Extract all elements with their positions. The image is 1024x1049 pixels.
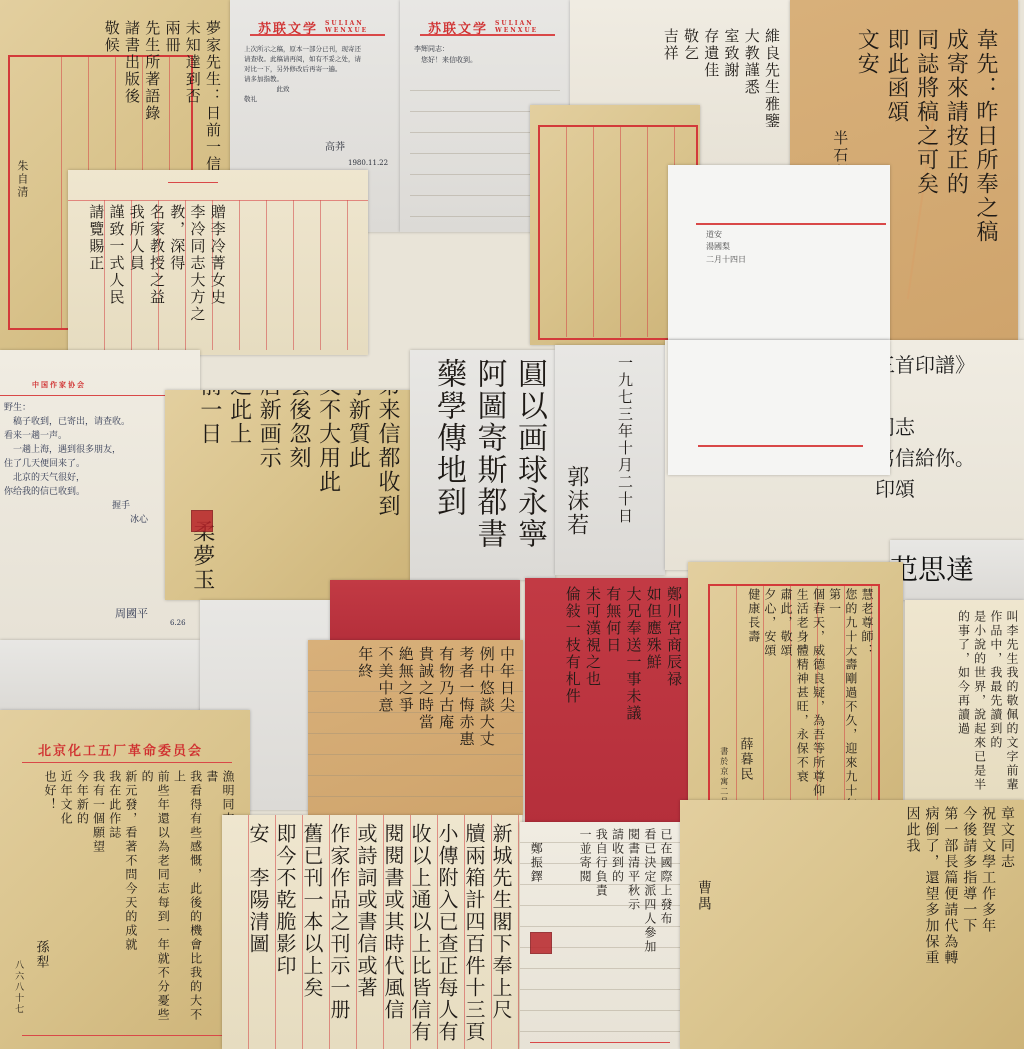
letter-body: 贈李冷菁女史 李冷同志大方之教，深得 名家教授之益 我所人員 謹致一式人民 請覽… (86, 204, 228, 344)
letter-signature: 曹禺 (694, 880, 713, 960)
letter-signature: 孫犁 (32, 940, 50, 980)
letter-body: 已在國際上發布 看已決定派四人參加 閱書清平秋示 請收到的 我自行負責 一並寄閱 (577, 828, 674, 1028)
letter-body: 鄭川宮商辰禄 如但應殊鮮 大兄奉送一事未議 有無何日 未可漢視之也 倫敍一枝有札… (563, 586, 685, 816)
letter-body: 圓以画球永寧 阿圖寄斯都書 藥學傳地到 (428, 358, 550, 578)
letter-kraft-mid: 中年日尖 例中悠談大丈 考者一悔赤惠 有物乃古庵 貴誠之時當 絶無之爭 不美中意… (308, 640, 523, 815)
letter-body: 漁明同志，八十大壽在即，時次滬所收舊書 我看得有些感慨，此後的機會比我的大不上 … (42, 770, 236, 1030)
letter-right: 叫李先生我的敬佩的文字前輩 作品中，我最先讀到的 是小說的世界，說起來已是半 的… (905, 600, 1024, 800)
letter-body: 中年日尖 例中悠談大丈 考者一悔赤惠 有物乃古庵 貴誠之時當 絶無之爭 不美中意… (355, 646, 517, 811)
letter-central-edu-overlay (668, 340, 890, 475)
letter-body: 叫李先生我的敬佩的文字前輩 作品中，我最先讀到的 是小說的世界，說起來已是半 的… (955, 610, 1020, 795)
letterhead-title: 中国作家协会 (32, 380, 86, 390)
letter-bottom-right: 章文同志 祝賀文學工作多年 今後請多指導一下 第一部長篇便請代為轉 病倒了，還望… (680, 800, 1024, 1049)
letter-red-frame-ruled: 贈李冷菁女史 李冷同志大方之教，深得 名家教授之益 我所人員 謹致一式人民 請覽… (68, 170, 368, 355)
letter-red-paper (330, 580, 520, 640)
letter-signature: 周國平 (115, 605, 148, 622)
letter-ruled-signature: 一九七三年十月二十日 郭沫若 (555, 345, 665, 575)
letter-date: 6.26 (170, 618, 186, 629)
letter-signature: 朱自清 (14, 160, 29, 300)
letter-signature: 薛暮民 (736, 737, 754, 807)
letter-body: 二弟来信都收到 石亭新質此 今又不大用此 流雲後忽刻 出居新画示 緣之此上 陽前… (194, 390, 402, 590)
letter-big-name: 范思達 (890, 540, 1024, 600)
letter-body: 道安 湯國梨 二月十四日 (706, 229, 876, 266)
seal-stamp (530, 932, 552, 954)
letter-signature: 郭沫若 (561, 465, 591, 565)
seal-stamp (191, 510, 213, 532)
letter-signature: 高莽 (325, 140, 345, 156)
letter-ruled-bottom-center: 新城先生閣下奉上尺 牘兩箱計四百件十三頁 小傳附入已查正每人有 收以上通以上比皆… (222, 815, 522, 1049)
letter-cursive-center: 二弟来信都收到 石亭新質此 今又不大用此 流雲後忽刻 出居新画示 緣之此上 陽前… (165, 390, 410, 600)
letter-grey-cursive: 圓以画球永寧 阿圖寄斯都書 藥學傳地到 (410, 350, 555, 580)
letterhead-subtitle: SULIAN WENXUE (495, 20, 570, 34)
letters-collage: 夢家先生：日前一信 未知達到否 兩冊 先生所著語錄 諸書出版後 敬候 朱自清 苏… (0, 0, 1024, 1049)
letter-signature: 柔夢玉 (187, 520, 217, 600)
letter-signature: 鄭振鐸 (528, 842, 544, 902)
letter-date: 八六八十七 (12, 960, 24, 1020)
letter-date: 一九七三年十月二十日 (615, 355, 635, 555)
letter-body: 新城先生閣下奉上尺 牘兩箱計四百件十三頁 小傳附入已查正每人有 收以上通以上比皆… (244, 823, 514, 1043)
letter-date: 1980.11.22 (348, 158, 388, 169)
letterhead-subtitle: SULIAN WENXUE (325, 20, 400, 34)
letter-bottom-mid: 已在國際上發布 看已決定派四人參加 閱書清平秋示 請收到的 我自行負責 一並寄閱… (520, 822, 680, 1049)
letterhead-title: 北京化工五厂革命委员会 (38, 740, 203, 759)
letter-grey-bottom-strip (0, 640, 200, 710)
letter-body: 章文同志 祝賀文學工作多年 今後請多指導一下 第一部長篇便請代為轉 病倒了，還望… (903, 806, 1016, 1046)
letter-beijing-chem: 北京化工五厂革命委员会 漁明同志，八十大壽在即，時次滬所收舊書 我看得有些感慨，… (0, 710, 250, 1049)
letter-red-paper-main: 鄭川宮商辰禄 如但應殊鮮 大兄奉送一事未議 有無何日 未可漢視之也 倫敍一枝有札… (525, 578, 690, 823)
letter-body: 上次所示之稿，原本一部分已刊，现寄还 请查收。此稿请再阅，如有不妥之处，请 对比… (244, 44, 394, 104)
letter-body: 李辉同志： 您好！来信收到。 (414, 44, 564, 66)
